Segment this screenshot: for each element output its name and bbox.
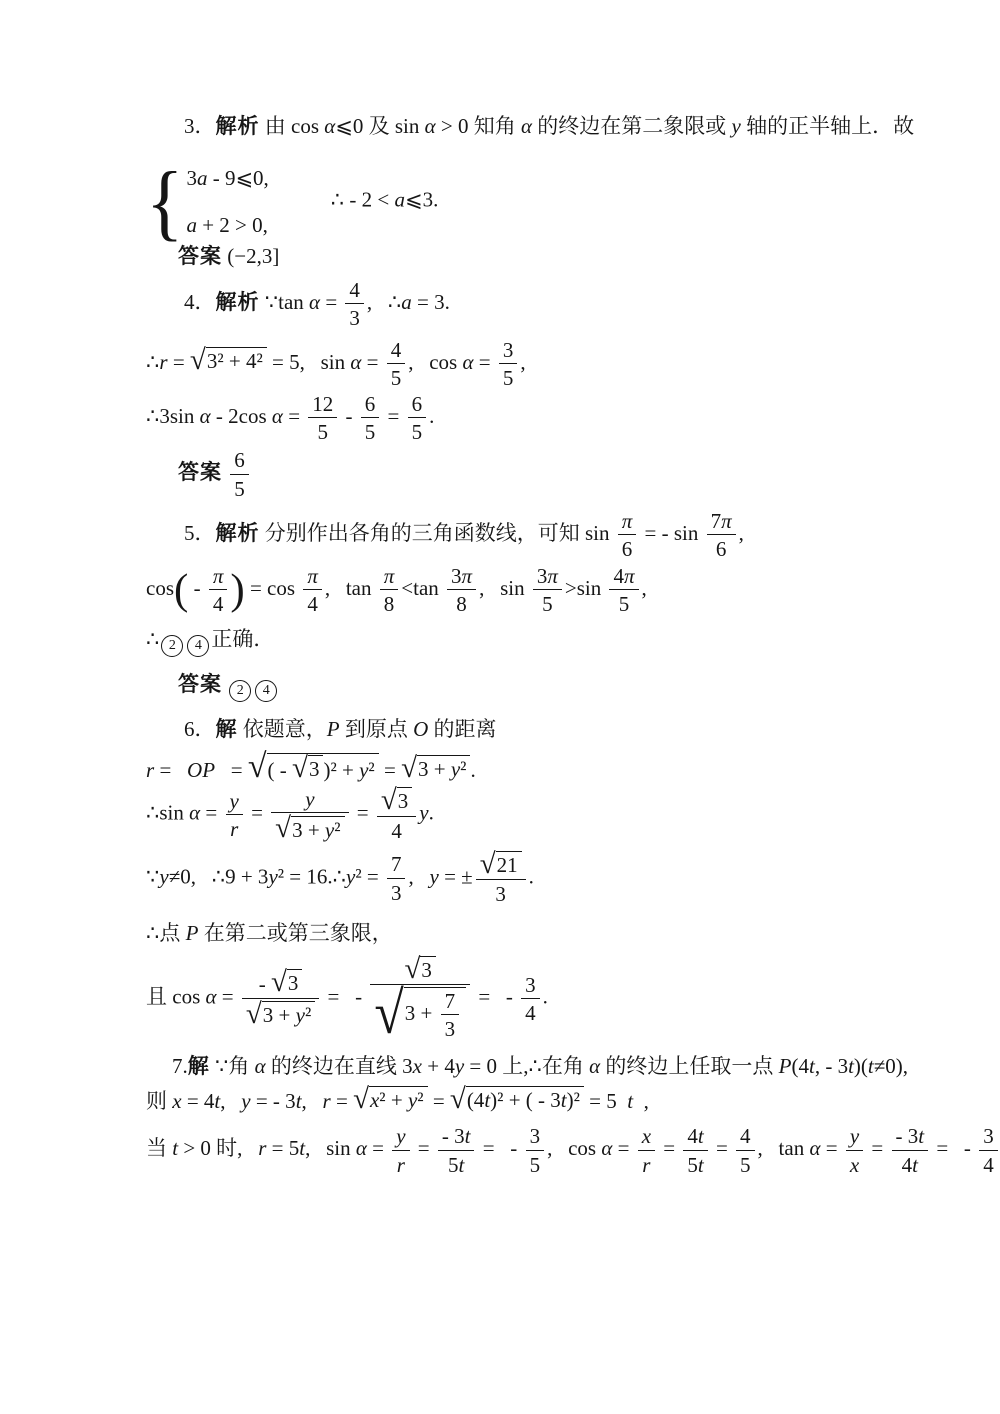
variable: r: [159, 350, 167, 374]
variable: t: [484, 1088, 490, 1112]
denominator: 5: [308, 418, 337, 444]
denominator: 6: [707, 535, 736, 561]
radicand: 3: [287, 969, 303, 996]
bold-label: 解析: [216, 291, 260, 314]
square-root: √3: [405, 956, 436, 984]
fraction: 73: [387, 852, 406, 904]
denominator: 4: [521, 999, 540, 1025]
circled-number: 2: [229, 680, 251, 702]
numerator: 7: [441, 989, 460, 1015]
variable: t: [214, 1089, 220, 1113]
numerator: 4: [736, 1124, 755, 1150]
fraction: 35: [526, 1124, 545, 1176]
big-paren-left: (: [174, 567, 188, 614]
denominator: 5: [609, 590, 638, 616]
fraction: √213: [476, 851, 526, 907]
fraction: 45: [387, 338, 406, 390]
system-brace: {: [146, 169, 183, 236]
radical-sign: √: [450, 1086, 466, 1114]
variable: y: [408, 1088, 417, 1112]
denominator: 3: [345, 304, 364, 330]
numerator: √3: [377, 787, 416, 817]
variable: π: [462, 564, 473, 588]
numerator: 4: [387, 338, 406, 364]
radical-sign: √: [246, 1001, 262, 1029]
radical-sign: √: [374, 985, 403, 1042]
variable: y: [346, 864, 355, 888]
radicand: 3: [397, 787, 413, 814]
radicand: 21: [496, 851, 522, 878]
variable: r: [323, 1089, 331, 1113]
numerator: y: [392, 1124, 409, 1150]
variable: α: [206, 984, 217, 1008]
variable: a: [395, 188, 406, 212]
variable: r: [397, 1153, 405, 1177]
variable: π: [624, 564, 635, 588]
denominator: x: [846, 1151, 863, 1177]
denominator: 4t: [892, 1151, 929, 1177]
radical-sign: √: [381, 787, 397, 815]
solution-problem-7: 7.解 ∵角 α 的终边在直线 3x + 4y = 0 上,∴在角 α 的终边上…: [146, 1052, 886, 1177]
fraction: xr: [638, 1124, 655, 1176]
radicand: (4t)² + ( - 3t)²: [466, 1086, 584, 1113]
math-line: 答案 24: [146, 670, 886, 702]
variable: y: [455, 1054, 464, 1078]
square-root: √3: [381, 787, 412, 815]
system-row: 3a - 9⩽0,: [186, 164, 268, 193]
variable: x: [642, 1124, 651, 1148]
variable: y: [732, 114, 741, 138]
variable: y: [451, 757, 460, 781]
variable: y: [850, 1124, 859, 1148]
variable: x: [413, 1054, 422, 1078]
variable: α: [462, 350, 473, 374]
denominator: r: [226, 815, 243, 841]
radicand: 3 + y²: [417, 755, 470, 782]
fraction: 45: [736, 1124, 755, 1176]
bold-label: 解: [188, 1055, 210, 1078]
numerator: 7π: [707, 509, 736, 535]
denominator: 5: [361, 418, 380, 444]
variable: t: [918, 1124, 924, 1148]
fraction: √34: [377, 787, 416, 843]
variable: a: [186, 213, 197, 237]
fraction: - 3t5t: [438, 1124, 475, 1176]
numerator: 6: [408, 392, 427, 418]
page: 3．解析 由 cos α⩽0 及 sin α > 0 知角 α 的终边在第二象限…: [0, 0, 1000, 1414]
fraction: 3π5: [533, 564, 562, 616]
variable: y: [325, 818, 334, 842]
fraction: - 3t4t: [892, 1124, 929, 1176]
square-root: √3² + 4²: [190, 347, 267, 375]
fraction: yr: [226, 789, 243, 841]
numerator: y: [846, 1124, 863, 1150]
numerator: 4: [345, 278, 364, 304]
denominator: 3: [441, 1015, 460, 1041]
variable: π: [384, 564, 395, 588]
variable: y: [268, 864, 277, 888]
square-root: √3: [271, 969, 302, 997]
denominator: 4: [979, 1151, 998, 1177]
variable: t: [465, 1124, 471, 1148]
numerator: 3π: [533, 564, 562, 590]
radicand: 3 + 73: [404, 987, 466, 1041]
variable: α: [272, 404, 283, 428]
square-root: √(4t)² + ( - 3t)²: [450, 1086, 584, 1114]
radical-sign: √: [401, 755, 417, 783]
square-root: √3 + y²: [246, 1001, 315, 1029]
variable: r: [146, 758, 154, 782]
fraction: 125: [308, 392, 337, 444]
fraction: 73: [441, 989, 460, 1041]
square-root: √( - √3)² + y²: [248, 751, 379, 783]
math-line: ∴24正确．: [146, 625, 886, 657]
math-line: cos( - π4) = cos π4, tan π8<tan 3π8, sin…: [146, 564, 886, 616]
variable: t: [698, 1124, 704, 1148]
numerator: π: [303, 564, 322, 590]
math-line: 且 cos α = - √3√3 + y² = - √3√3 + 73 = - …: [146, 956, 886, 1042]
math-line: ∴sin α = yr = y√3 + y² = √34y.: [146, 787, 886, 843]
equation-system: {3a - 9⩽0,a + 2 > 0,: [146, 164, 269, 240]
variable: α: [809, 1136, 820, 1160]
numerator: 4t: [683, 1124, 707, 1150]
bold-label: 解: [216, 718, 238, 741]
system-row: a + 2 > 0,: [186, 211, 268, 240]
variable: t: [561, 1088, 567, 1112]
fraction: yx: [846, 1124, 863, 1176]
math-line: ∴3sin α - 2cos α = 125 - 65 = 65.: [146, 392, 886, 444]
variable: α: [309, 290, 320, 314]
variable: π: [622, 509, 633, 533]
variable: α: [200, 404, 211, 428]
solution-problem-5: 5．解析 分别作出各角的三角函数线，可知 sin π6 = - sin 7π6,…: [146, 509, 886, 703]
numerator: π: [380, 564, 399, 590]
radicand: 3: [308, 755, 324, 782]
solution-problem-4: 4．解析 ∵tan α = 43, ∴a = 3.∴r = √3² + 4² =…: [146, 278, 886, 501]
radicand: 3 + y²: [262, 1001, 315, 1028]
fraction: - √3√3 + y²: [242, 969, 319, 1028]
numerator: 6: [361, 392, 380, 418]
fraction: 43: [345, 278, 364, 330]
math-line: {3a - 9⩽0,a + 2 > 0,∴ - 2 < a⩽3.: [146, 164, 886, 240]
variable: x: [370, 1088, 379, 1112]
variable: α: [356, 1136, 367, 1160]
variable: t: [296, 1089, 302, 1113]
solution-problem-6: 6．解 依题意，P 到原点 O 的距离r = OP = √( - √3)² + …: [146, 715, 886, 1041]
numerator: 4π: [609, 564, 638, 590]
variable: OP: [187, 758, 215, 782]
numerator: x: [638, 1124, 655, 1150]
variable: x: [172, 1089, 181, 1113]
denominator: r: [638, 1151, 655, 1177]
denominator: 5: [499, 364, 518, 390]
variable: t: [299, 1136, 305, 1160]
solution-problem-3: 3．解析 由 cos α⩽0 及 sin α > 0 知角 α 的终边在第二象限…: [146, 112, 886, 272]
variable: t: [459, 1153, 465, 1177]
variable: α: [521, 114, 532, 138]
variable: y: [241, 1089, 250, 1113]
numerator: - 3t: [892, 1124, 929, 1150]
fraction: yr: [392, 1124, 409, 1176]
denominator: 4: [377, 817, 416, 843]
variable: a: [197, 166, 208, 190]
solutions-list: 3．解析 由 cos α⩽0 及 sin α > 0 知角 α 的终边在第二象限…: [146, 112, 886, 1177]
variable: α: [601, 1136, 612, 1160]
radicand: x² + y²: [369, 1086, 428, 1113]
variable: P: [779, 1054, 792, 1078]
variable: t: [627, 1089, 633, 1113]
denominator: 4: [209, 590, 228, 616]
denominator: 8: [380, 590, 399, 616]
denominator: 5: [533, 590, 562, 616]
math-line: ∴点 P 在第二或第三象限，: [146, 919, 886, 948]
fraction: π4: [209, 564, 228, 616]
fraction: π8: [380, 564, 399, 616]
fraction: π6: [618, 509, 637, 561]
math-line: 答案 65: [146, 448, 886, 500]
denominator: 8: [447, 590, 476, 616]
variable: t: [868, 1054, 874, 1078]
variable: a: [401, 290, 412, 314]
variable: π: [307, 564, 318, 588]
radical-sign: √: [275, 815, 291, 843]
fraction: 65: [361, 392, 380, 444]
variable: t: [848, 1054, 854, 1078]
variable: O: [413, 717, 428, 741]
square-root: √3: [292, 755, 323, 783]
circled-number: 2: [161, 635, 183, 657]
big-paren-right: ): [230, 567, 244, 614]
variable: x: [850, 1153, 859, 1177]
variable: y: [429, 864, 438, 888]
radical-sign: √: [271, 969, 287, 997]
variable: y: [396, 1124, 405, 1148]
math-line: ∴r = √3² + 4² = 5, sin α = 45, cos α = 3…: [146, 338, 886, 390]
denominator: r: [392, 1151, 409, 1177]
math-line: 答案 (−2,3]: [146, 242, 886, 271]
denominator: √3 + 73: [370, 985, 470, 1041]
fraction: 65: [408, 392, 427, 444]
variable: t: [912, 1153, 918, 1177]
circled-number: 4: [187, 635, 209, 657]
variable: π: [213, 564, 224, 588]
square-root: √21: [480, 851, 522, 879]
numerator: π: [618, 509, 637, 535]
radical-sign: √: [292, 755, 308, 783]
variable: y: [159, 864, 168, 888]
square-root: √3 + 73: [374, 987, 466, 1041]
variable: r: [230, 817, 238, 841]
radical-sign: √: [248, 751, 267, 783]
math-line: r = OP = √( - √3)² + y² = √3 + y².: [146, 751, 886, 785]
math-line: 4．解析 ∵tan α = 43, ∴a = 3.: [146, 278, 886, 330]
numerator: π: [209, 564, 228, 590]
radical-sign: √: [353, 1086, 369, 1114]
radical-sign: √: [405, 956, 421, 984]
fraction: 65: [230, 448, 249, 500]
math-line: ∵y≠0, ∴9 + 3y² = 16.∴y² = 73, y = ±√213.: [146, 851, 886, 907]
numerator: 3π: [447, 564, 476, 590]
variable: α: [255, 1054, 266, 1078]
denominator: √3 + y²: [242, 999, 319, 1029]
circled-number: 4: [255, 680, 277, 702]
radical-sign: √: [190, 347, 206, 375]
denominator: 3: [387, 879, 406, 905]
variable: y: [359, 758, 368, 782]
radicand: 3² + 4²: [206, 347, 267, 374]
fraction: 4t5t: [683, 1124, 707, 1176]
bold-label: 答案: [178, 461, 222, 484]
fraction: y√3 + y²: [271, 787, 348, 843]
math-line: 则 x = 4t, y = - 3t, r = √x² + y² = √(4t)…: [146, 1086, 886, 1116]
variable: α: [425, 114, 436, 138]
math-line: 5．解析 分别作出各角的三角函数线，可知 sin π6 = - sin 7π6,: [146, 509, 886, 561]
variable: y: [419, 801, 428, 825]
numerator: 3: [979, 1124, 998, 1150]
variable: α: [350, 350, 361, 374]
fraction: 34: [521, 973, 540, 1025]
variable: P: [186, 921, 199, 945]
numerator: 3: [526, 1124, 545, 1150]
bold-label: 解析: [216, 115, 260, 138]
variable: α: [589, 1054, 600, 1078]
math-line: 7.解 ∵角 α 的终边在直线 3x + 4y = 0 上,∴在角 α 的终边上…: [146, 1052, 886, 1081]
radicand: 3 + y²: [291, 816, 344, 843]
square-root: √3 + y²: [275, 815, 344, 843]
variable: r: [258, 1136, 266, 1160]
denominator: 4: [303, 590, 322, 616]
denominator: 6: [618, 535, 637, 561]
numerator: y: [226, 789, 243, 815]
variable: y: [296, 1003, 305, 1027]
denominator: 5: [387, 364, 406, 390]
fraction: 34: [979, 1124, 998, 1176]
denominator: 5t: [438, 1151, 475, 1177]
variable: y: [230, 789, 239, 813]
variable: α: [189, 801, 200, 825]
variable: y: [305, 787, 314, 811]
denominator: 5: [526, 1151, 545, 1177]
variable: t: [698, 1153, 704, 1177]
variable: α: [324, 114, 335, 138]
fraction: π4: [303, 564, 322, 616]
fraction: 35: [499, 338, 518, 390]
variable: π: [721, 509, 732, 533]
denominator: 5: [736, 1151, 755, 1177]
variable: t: [809, 1054, 815, 1078]
math-line: 6．解 依题意，P 到原点 O 的距离: [146, 715, 886, 744]
radicand: 3: [420, 956, 436, 983]
denominator: 3: [476, 880, 526, 906]
square-root: √3 + y²: [401, 755, 470, 783]
fraction: 4π5: [609, 564, 638, 616]
system-rows: 3a - 9⩽0,a + 2 > 0,: [186, 164, 268, 240]
numerator: y: [271, 787, 348, 813]
denominator: 5t: [683, 1151, 707, 1177]
bold-label: 答案: [178, 245, 222, 268]
numerator: 3: [521, 973, 540, 999]
numerator: 12: [308, 392, 337, 418]
denominator: √3 + y²: [271, 813, 348, 843]
radical-sign: √: [480, 851, 496, 879]
numerator: - 3t: [438, 1124, 475, 1150]
numerator: 3: [499, 338, 518, 364]
variable: r: [642, 1153, 650, 1177]
fraction: 7π6: [707, 509, 736, 561]
math-line: 当 t > 0 时, r = 5t, sin α = yr = - 3t5t =…: [146, 1124, 886, 1176]
variable: π: [547, 564, 558, 588]
numerator: - √3: [242, 969, 319, 999]
numerator: 7: [387, 852, 406, 878]
fraction: √3√3 + 73: [370, 956, 470, 1042]
denominator: 5: [230, 475, 249, 501]
bold-label: 答案: [178, 673, 222, 696]
variable: t: [172, 1136, 178, 1160]
numerator: √21: [476, 851, 526, 881]
denominator: 5: [408, 418, 427, 444]
numerator: 6: [230, 448, 249, 474]
square-root: √x² + y²: [353, 1086, 428, 1114]
radicand: ( - √3)² + y²: [267, 753, 379, 783]
bold-label: 解析: [216, 522, 260, 545]
variable: P: [327, 717, 340, 741]
math-line: 3．解析 由 cos α⩽0 及 sin α > 0 知角 α 的终边在第二象限…: [146, 112, 886, 141]
fraction: 3π8: [447, 564, 476, 616]
